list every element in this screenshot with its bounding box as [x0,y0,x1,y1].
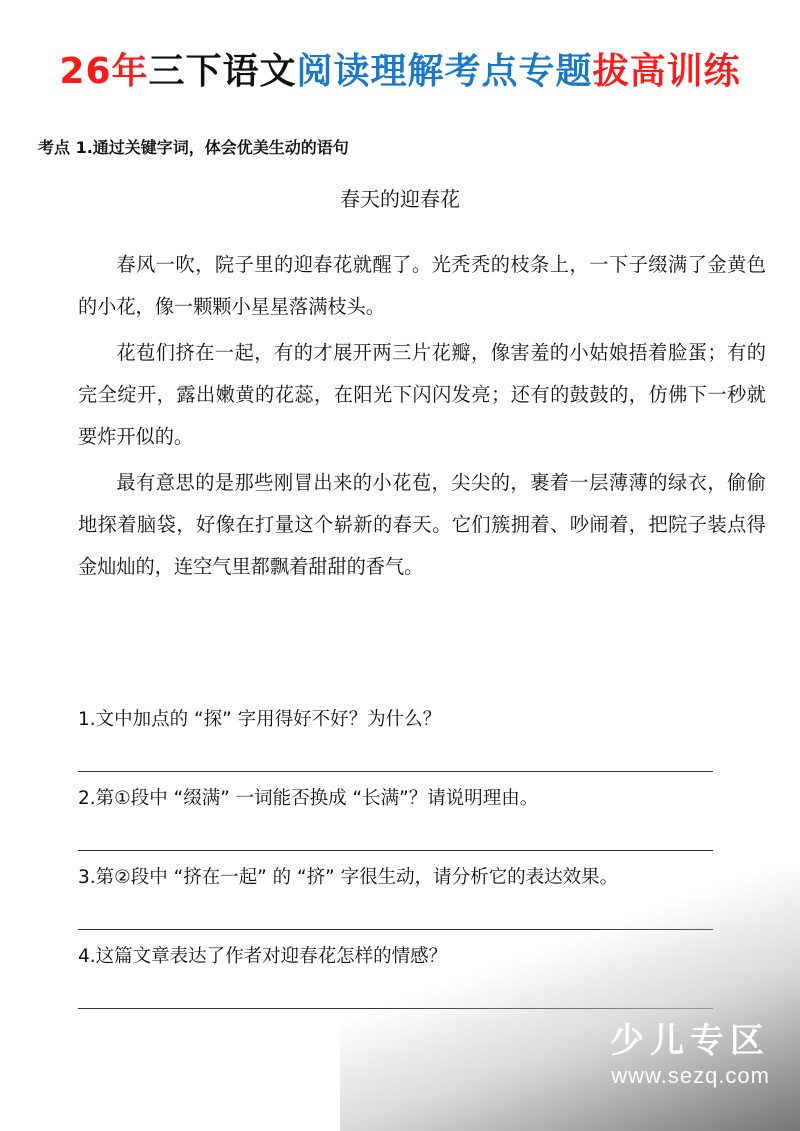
question-3: 3.第②段中 “挤在一起” 的 “挤” 字很生动，请分析它的表达效果。 [78,863,718,893]
question-1: 1.文中加点的 “探” 字用得好不好？为什么？ [78,705,718,735]
question-4: 4.这篇文章表达了作者对迎春花怎样的情感？ [78,942,718,972]
passage-paragraph-2: 花苞们挤在一起，有的才展开两三片花瓣，像害羞的小姑娘捂着脸蛋；有的完全绽开，露出… [78,332,766,458]
passage-title: 春天的迎春花 [0,184,800,214]
passage-paragraph-1: 春风一吹，院子里的迎春花就醒了。光秃秃的枝条上，一下子缀满了金黄色的小花，像一颗… [78,244,766,328]
questions-section: 1.文中加点的 “探” 字用得好不好？为什么？ 2.第①段中 “缀满” 一词能否… [78,705,718,1021]
paragraph-text: 春风一吹，院子里的迎春花就醒了。光秃秃的枝条上，一下子缀满了金黄色的小花，像一颗… [78,253,766,318]
question-2: 2.第①段中 “缀满” 一词能否换成 “长满”？请说明理由。 [78,784,718,814]
watermark-name: 少儿专区 [610,1021,770,1061]
title-segment-level: 拔高训练 [593,51,741,92]
topic-heading: 考点 1.通过关键字词，体会优美生动的语句 [38,136,349,160]
title-segment-year: 26年 [59,51,148,92]
answer-line-3[interactable] [78,929,713,930]
answer-line-1[interactable] [78,771,713,772]
title-segment-subject: 三下语文 [149,51,297,92]
answer-line-4[interactable] [78,1008,713,1009]
watermark-url: www.sezq.com [610,1061,770,1091]
passage-paragraph-3: 最有意思的是那些刚冒出来的小花苞，尖尖的，裹着一层薄薄的绿衣，偷偷地探着脑袋，好… [78,462,766,588]
title-segment-topic: 阅读理解考点专题 [297,51,593,92]
paragraph-text: 花苞们挤在一起，有的才展开两三片花瓣，像害羞的小姑娘捂着脸蛋；有的完全绽开，露出… [78,341,766,448]
paragraph-text: 最有意思的是那些刚冒出来的小花苞，尖尖的，裹着一层薄薄的绿衣，偷偷地探着脑袋，好… [78,471,766,578]
page-title: 26年三下语文阅读理解考点专题拔高训练 [0,46,800,98]
watermark: 少儿专区 www.sezq.com [610,1021,770,1091]
answer-line-2[interactable] [78,850,713,851]
passage-body: 春风一吹，院子里的迎春花就醒了。光秃秃的枝条上，一下子缀满了金黄色的小花，像一颗… [78,244,766,592]
